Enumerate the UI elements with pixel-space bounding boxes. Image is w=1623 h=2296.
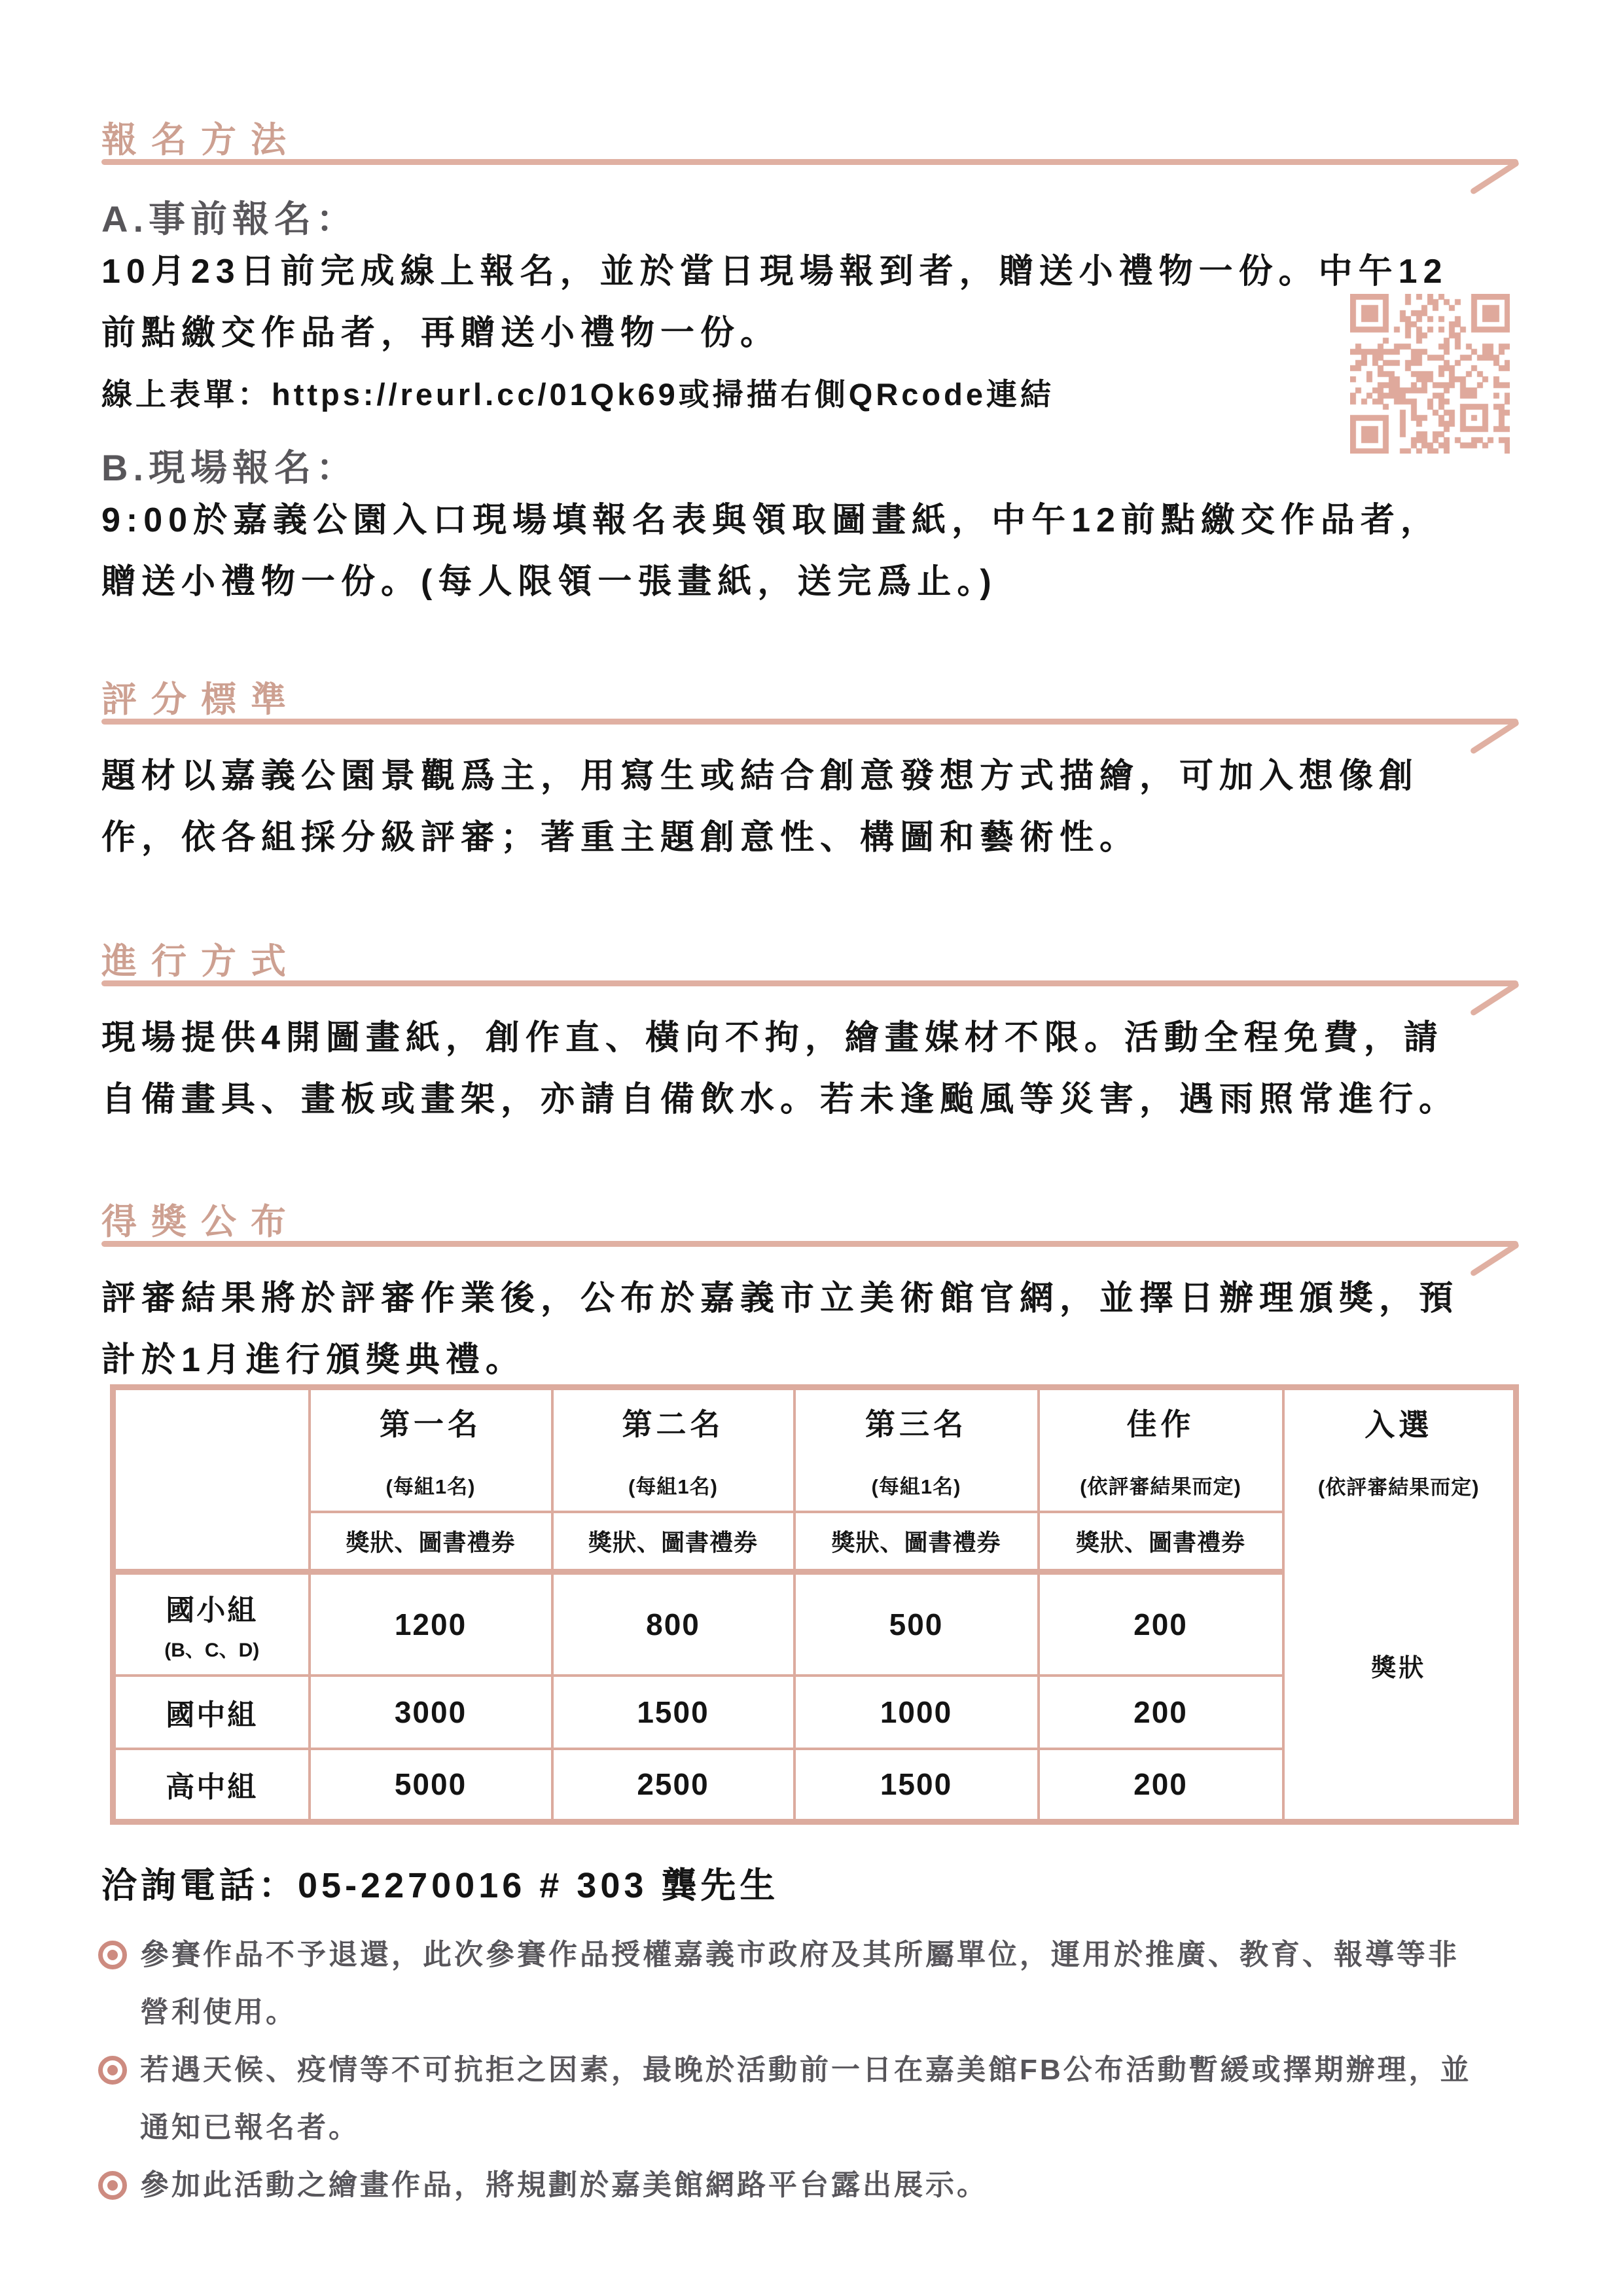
prize-amount: 200	[1039, 1572, 1283, 1676]
selected-award-cell: 獎狀	[1283, 1512, 1516, 1822]
table-header-honorable-mention: 佳作 (依評審結果而定)	[1039, 1388, 1283, 1512]
procedure-text: 現場提供4開圖畫紙，創作直、橫向不拘，繪畫媒材不限。活動全程免費，請 自備畫具、…	[101, 1007, 1518, 1130]
paragraph-line: 現場提供4開圖畫紙，創作直、橫向不拘，繪畫媒材不限。活動全程免費，請	[101, 1007, 1518, 1069]
group-elementary: 國小組 (B、C、D)	[113, 1572, 310, 1676]
paragraph-line: 10月23日前完成線上報名，並於當日現場報到者，贈送小禮物一份。中午12	[101, 241, 1518, 302]
qr-code	[1350, 294, 1510, 454]
paragraph-line: 前點繳交作品者，再贈送小禮物一份。	[101, 302, 1518, 364]
award-type-cell: 獎狀、圖書禮券	[552, 1512, 794, 1572]
flyer-page: 報名方法 A.事前報名： 10月23日前完成線上報名，並於當日現場報到者，贈送小…	[0, 0, 1623, 2296]
header-subtitle: (每組1名)	[796, 1470, 1037, 1499]
note-text: 參加此活動之繪畫作品，將規劃於嘉美館網路平台露出展示。	[140, 2157, 988, 2214]
paragraph-line: 計於1月進行頒獎典禮。	[101, 1329, 1518, 1391]
prize-amount: 200	[1039, 1676, 1283, 1749]
prize-amount: 1000	[794, 1676, 1039, 1749]
section-rule	[101, 719, 1518, 725]
header-title: 第二名	[554, 1401, 793, 1444]
note-line: 參加此活動之繪畫作品，將規劃於嘉美館網路平台露出展示。	[140, 2157, 988, 2214]
paragraph-line: 作，依各組採分級評審；著重主題創意性、構圖和藝術性。	[101, 807, 1518, 869]
prize-table: 第一名 (每組1名) 第二名 (每組1名) 第三名 (每組1名) 佳作 (依評審…	[110, 1384, 1519, 1825]
group-label: 高中組	[166, 1771, 258, 1803]
bullet-icon	[98, 1941, 127, 1969]
section-title-procedure: 進行方式	[101, 942, 1518, 980]
note-text: 參賽作品不予退還，此次參賽作品授權嘉義市政府及其所屬單位，運用於推廣、教育、報導…	[140, 1926, 1459, 2041]
section-awards: 得獎公布 評審結果將於評審作業後，公布於嘉義市立美術館官網，並擇日辦理頒獎，預 …	[101, 1203, 1518, 1391]
header-title: 入選	[1285, 1401, 1514, 1444]
group-sublabel: (B、C、D)	[116, 1634, 308, 1662]
form-url-link[interactable]: https://reurl.cc/01Qk69	[272, 377, 679, 412]
prize-amount: 3000	[310, 1676, 552, 1749]
onsite-registration-text: 9:00於嘉義公園入口現場填報名表與領取圖畫紙，中午12前點繳交作品者， 贈送小…	[101, 490, 1518, 613]
group-junior-high: 國中組	[113, 1676, 310, 1749]
note-item: 參賽作品不予退還，此次參賽作品授權嘉義市政府及其所屬單位，運用於推廣、教育、報導…	[98, 1926, 1551, 2041]
note-line: 通知已報名者。	[140, 2099, 1472, 2157]
note-text: 若遇天候、疫情等不可抗拒之因素，最晚於活動前一日在嘉美館FB公布活動暫緩或擇期辦…	[140, 2041, 1472, 2157]
header-subtitle: (每組1名)	[554, 1470, 793, 1499]
table-header-first-place: 第一名 (每組1名)	[310, 1388, 552, 1512]
award-type-cell: 獎狀、圖書禮券	[1039, 1512, 1283, 1572]
header-title: 佳作	[1040, 1401, 1282, 1444]
prize-amount: 1200	[310, 1572, 552, 1676]
section-title-registration: 報名方法	[101, 121, 1518, 159]
group-label: 國中組	[166, 1699, 258, 1731]
section-rule	[101, 980, 1518, 986]
group-senior-high: 高中組	[113, 1749, 310, 1822]
note-item: 參加此活動之繪畫作品，將規劃於嘉美館網路平台露出展示。	[98, 2157, 1551, 2214]
paragraph-line: 自備畫具、畫板或畫架，亦請自備飲水。若未逢颱風等災害，遇雨照常進行。	[101, 1069, 1518, 1130]
note-item: 若遇天候、疫情等不可抗拒之因素，最晚於活動前一日在嘉美館FB公布活動暫緩或擇期辦…	[98, 2041, 1551, 2157]
section-registration: 報名方法 A.事前報名： 10月23日前完成線上報名，並於當日現場報到者，贈送小…	[101, 121, 1518, 613]
header-subtitle: (依評審結果而定)	[1040, 1470, 1282, 1499]
criteria-text: 題材以嘉義公園景觀爲主，用寫生或結合創意發想方式描繪，可加入想像創 作，依各組採…	[101, 745, 1518, 869]
prize-amount: 2500	[552, 1749, 794, 1822]
note-line: 營利使用。	[140, 1984, 1459, 2041]
section-rule	[101, 159, 1518, 165]
award-type-cell: 獎狀、圖書禮券	[310, 1512, 552, 1572]
section-rule	[101, 1241, 1518, 1247]
pre-registration-text: 10月23日前完成線上報名，並於當日現場報到者，贈送小禮物一份。中午12 前點繳…	[101, 241, 1518, 364]
rule-tick-icon	[1469, 160, 1520, 195]
section-criteria: 評分標準 題材以嘉義公園景觀爲主，用寫生或結合創意發想方式描繪，可加入想像創 作…	[101, 681, 1518, 869]
bullet-icon	[98, 2056, 127, 2085]
contact-line: 洽詢電話：05-2270016 # 303 龔先生	[101, 1857, 779, 1908]
form-label: 線上表單：	[101, 377, 272, 412]
table-corner-cell	[113, 1388, 310, 1572]
bullet-icon	[98, 2171, 127, 2200]
table-header-second-place: 第二名 (每組1名)	[552, 1388, 794, 1512]
table-header-selected: 入選 (依評審結果而定)	[1283, 1388, 1516, 1512]
header-subtitle: (每組1名)	[311, 1470, 551, 1499]
paragraph-line: 贈送小禮物一份。(每人限領一張畫紙，送完爲止。)	[101, 551, 1518, 613]
prize-amount: 5000	[310, 1749, 552, 1822]
notes-list: 參賽作品不予退還，此次參賽作品授權嘉義市政府及其所屬單位，運用於推廣、教育、報導…	[98, 1926, 1551, 2214]
pre-registration-heading: A.事前報名：	[101, 199, 1518, 240]
group-label: 國小組	[166, 1594, 258, 1626]
onsite-registration-heading: B.現場報名：	[101, 448, 1518, 488]
section-procedure: 進行方式 現場提供4開圖畫紙，創作直、橫向不拘，繪畫媒材不限。活動全程免費，請 …	[101, 942, 1518, 1130]
section-title-awards: 得獎公布	[101, 1203, 1518, 1241]
paragraph-line: 題材以嘉義公園景觀爲主，用寫生或結合創意發想方式描繪，可加入想像創	[101, 745, 1518, 807]
note-line: 參賽作品不予退還，此次參賽作品授權嘉義市政府及其所屬單位，運用於推廣、教育、報導…	[140, 1926, 1459, 1984]
paragraph-line: 評審結果將於評審作業後，公布於嘉義市立美術館官網，並擇日辦理頒獎，預	[101, 1268, 1518, 1329]
header-title: 第一名	[311, 1401, 551, 1444]
online-form-line: 線上表單：https://reurl.cc/01Qk69或掃描右側QRcode連…	[101, 364, 1518, 425]
header-subtitle: (依評審結果而定)	[1285, 1471, 1514, 1500]
prize-amount: 200	[1039, 1749, 1283, 1822]
section-title-criteria: 評分標準	[101, 681, 1518, 719]
prize-amount: 1500	[794, 1749, 1039, 1822]
table-header-third-place: 第三名 (每組1名)	[794, 1388, 1039, 1512]
awards-text: 評審結果將於評審作業後，公布於嘉義市立美術館官網，並擇日辦理頒獎，預 計於1月進…	[101, 1268, 1518, 1391]
note-line: 若遇天候、疫情等不可抗拒之因素，最晚於活動前一日在嘉美館FB公布活動暫緩或擇期辦…	[140, 2041, 1472, 2099]
prize-amount: 500	[794, 1572, 1039, 1676]
prize-amount: 1500	[552, 1676, 794, 1749]
form-suffix: 或掃描右側QRcode連結	[679, 377, 1054, 412]
header-title: 第三名	[796, 1401, 1037, 1444]
paragraph-line: 9:00於嘉義公園入口現場填報名表與領取圖畫紙，中午12前點繳交作品者，	[101, 490, 1518, 551]
prize-amount: 800	[552, 1572, 794, 1676]
award-type-cell: 獎狀、圖書禮券	[794, 1512, 1039, 1572]
